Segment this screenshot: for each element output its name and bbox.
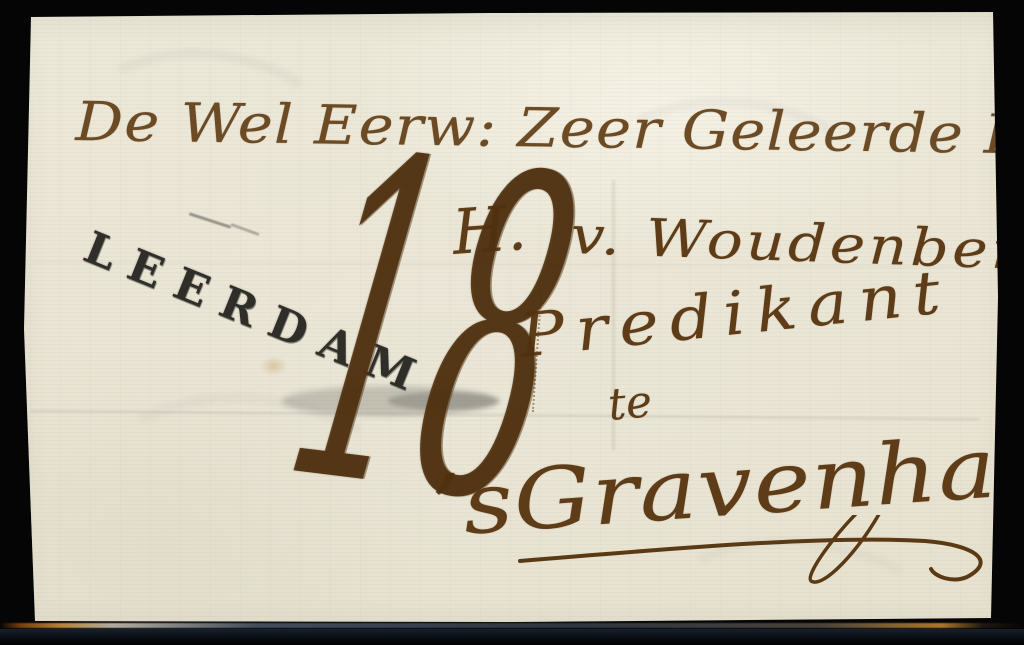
photo-background-strip	[0, 629, 1024, 645]
letter-paper: De Wel Eerw: Zeer Geleerde Heer LEERDAM …	[0, 0, 1024, 645]
paper-stain	[260, 356, 288, 376]
letter-photo: De Wel Eerw: Zeer Geleerde Heer LEERDAM …	[0, 0, 1024, 645]
address-preposition: te	[606, 376, 654, 431]
underline-flourish	[415, 515, 1015, 625]
scan-artifact-line	[0, 623, 1024, 628]
